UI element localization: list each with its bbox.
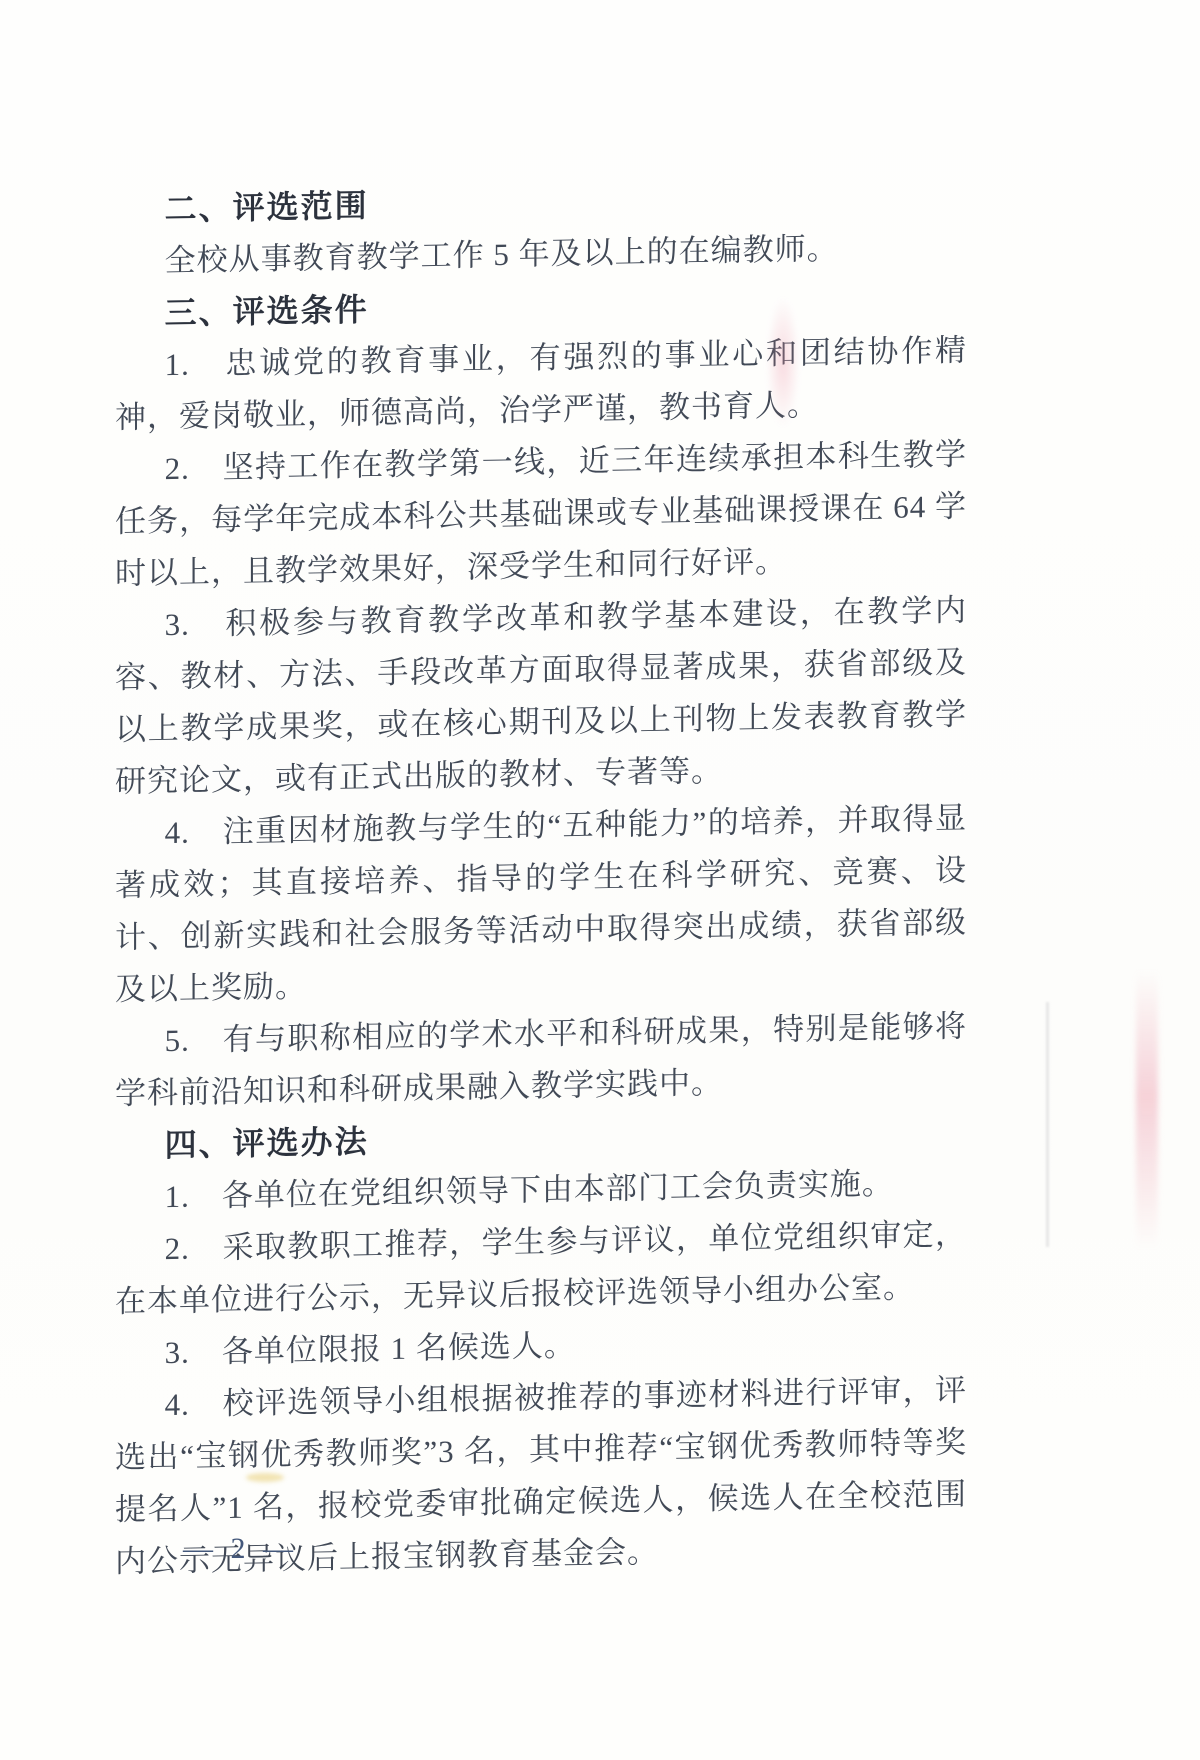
document-body: 二、评选范围 全校从事教育教学工作 5 年及以上的在编教师。 三、评选条件 1.… — [115, 168, 967, 1588]
para-criteria-4: 4. 注重因材施教与学生的“五种能力”的培养，并取得显著成效；其直接培养、指导的… — [115, 792, 967, 1016]
para-criteria-5: 5. 有与职称相应的学术水平和科研成果，特别是能够将学科前沿知识和科研成果融入教… — [115, 1000, 967, 1120]
para-criteria-1: 1. 忠诚党的教育事业，有强烈的事业心和团结协作精神，爱岗敬业，师德高尚，治学严… — [115, 324, 967, 444]
scanned-document-page: 二、评选范围 全校从事教育教学工作 5 年及以上的在编教师。 三、评选条件 1.… — [0, 0, 1200, 1760]
page-number: — 2 — — [183, 1532, 298, 1566]
document-text-column: 二、评选范围 全校从事教育教学工作 5 年及以上的在编教师。 三、评选条件 1.… — [115, 168, 967, 1588]
para-criteria-3: 3. 积极参与教育教学改革和教学基本建设，在教学内容、教材、方法、手段改革方面取… — [115, 584, 967, 808]
scan-artifact-pink-streak-right — [1136, 970, 1158, 1250]
scan-artifact-fold-line — [1046, 1002, 1049, 1247]
para-criteria-2: 2. 坚持工作在教学第一线，近三年连续承担本科生教学任务，每学年完成本科公共基础… — [115, 428, 967, 600]
para-method-2: 2. 采取教职工推荐，学生参与评议，单位党组织审定，在本单位进行公示，无异议后报… — [115, 1208, 967, 1328]
